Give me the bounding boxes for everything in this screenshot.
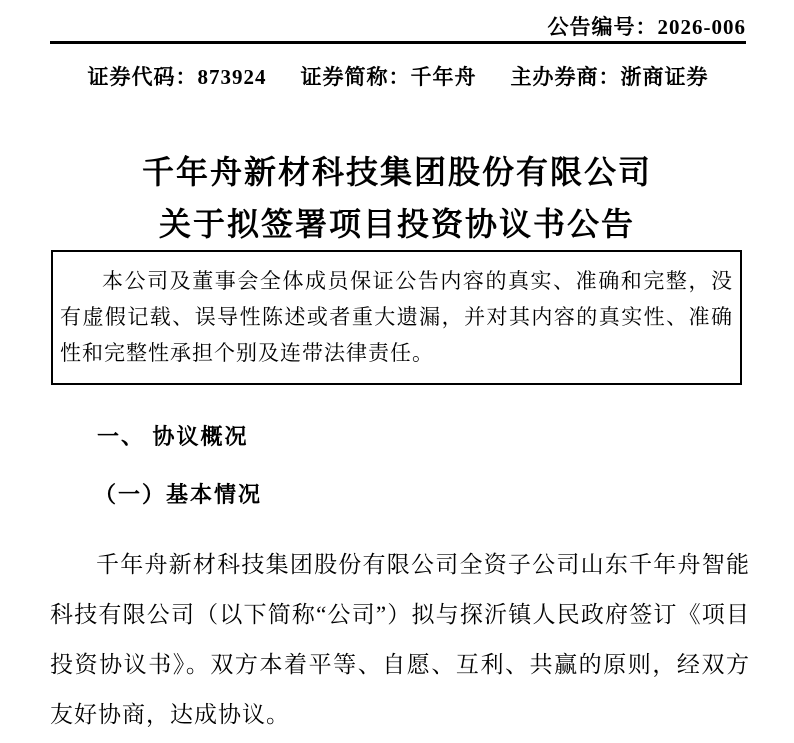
document-title-line2: 关于拟签署项目投资协议书公告 — [0, 198, 794, 250]
disclaimer-text: 本公司及董事会全体成员保证公告内容的真实、准确和完整，没有虚假记载、误导性陈述或… — [60, 269, 733, 365]
section-heading-agreement-overview: 一、 协议概况 — [97, 420, 249, 451]
securities-short-name-value: 千年舟 — [411, 65, 477, 89]
securities-code-label: 证券代码： — [88, 65, 198, 89]
securities-code: 证券代码：873924 — [88, 61, 267, 91]
securities-short-name: 证券简称：千年舟 — [301, 61, 477, 91]
sponsor-broker-value: 浙商证券 — [621, 65, 709, 89]
sponsor-broker-label: 主办券商： — [511, 65, 621, 89]
securities-short-name-label: 证券简称： — [301, 65, 411, 89]
subsection-heading-basic-situation: （一）基本情况 — [94, 478, 262, 509]
announcement-number-label: 公告编号： — [548, 15, 658, 39]
document-title-line1: 千年舟新材科技集团股份有限公司 — [0, 146, 794, 198]
securities-code-value: 873924 — [198, 65, 267, 89]
disclaimer-box: 本公司及董事会全体成员保证公告内容的真实、准确和完整，没有虚假记载、误导性陈述或… — [51, 250, 742, 385]
announcement-number-value: 2026-006 — [658, 15, 747, 39]
sponsor-broker: 主办券商：浙商证券 — [511, 61, 709, 91]
body-paragraph-basic-situation: 千年舟新材科技集团股份有限公司全资子公司山东千年舟智能科技有限公司（以下简称“公… — [50, 540, 750, 740]
document-title: 千年舟新材科技集团股份有限公司 关于拟签署项目投资协议书公告 — [0, 146, 794, 250]
announcement-document-page: 公告编号：2026-006 证券代码：873924 证券简称：千年舟 主办券商：… — [0, 0, 794, 743]
securities-info-row: 证券代码：873924 证券简称：千年舟 主办券商：浙商证券 — [50, 61, 746, 91]
announcement-number: 公告编号：2026-006 — [548, 11, 747, 41]
header-divider-rule — [50, 41, 746, 44]
